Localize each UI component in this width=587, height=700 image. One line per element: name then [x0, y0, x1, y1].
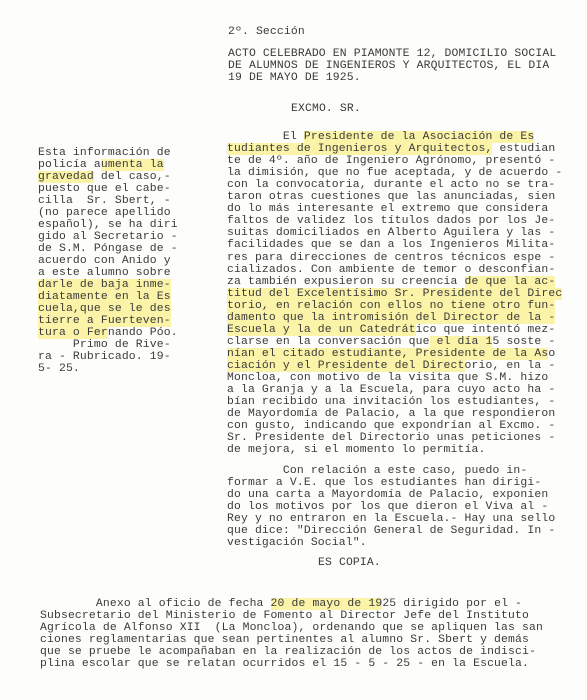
body-line: con gusto, indicando que expondrían al E… — [227, 420, 555, 432]
heading-line: 19 DE MAYO DE 1925. — [228, 72, 361, 84]
body-line: faltos de validez los títulos dados por … — [227, 215, 555, 227]
second-paragraph-line: que dice: "Dirección General de Segurida… — [227, 525, 555, 537]
body-line: te de 4º. año de Ingeniero Agrónomo, pre… — [227, 155, 555, 167]
body-line: res para direcciones de centros técnicos… — [227, 252, 555, 264]
second-paragraph-line: Rey y no entraron en la Escuela.- Hay un… — [227, 513, 555, 525]
margin-note-line: español), se ha diri — [38, 219, 178, 231]
margin-note-line: puesto que el cabe- — [38, 183, 171, 195]
margin-note-line: a este alumno sobre — [38, 267, 171, 279]
second-paragraph-line: do los motivos por los que dieron el Viv… — [227, 501, 548, 513]
margin-note-line: Esta información de — [38, 147, 171, 159]
body-line: ciación y el Presidente del Directorio, … — [227, 360, 555, 372]
body-line: taron otras cuestiones que las anunciada… — [227, 191, 555, 203]
margin-note-line: darle de baja inme- — [38, 279, 171, 291]
body-line: damento que la intromisión del Director … — [227, 312, 555, 324]
body-line: de mejora, si el momento lo permitía. — [227, 444, 485, 456]
second-paragraph-line: formar a V.E. que los estudiantes han di… — [227, 477, 541, 489]
body-line: titud del Excelentísimo Sr. Presidente d… — [227, 288, 562, 300]
annex-line: Anexo al oficio de fecha 20 de mayo de 1… — [40, 598, 522, 610]
second-paragraph-line: vestigación Social". — [227, 537, 367, 549]
margin-note-line: cilla Sr. Sbert, - — [38, 195, 171, 207]
body-line: nían el citado estudiante, Presidente de… — [227, 348, 555, 360]
body-line: a la Granja y a la Escuela, para cuyo ac… — [227, 384, 555, 396]
margin-note-line: Primo de Rive- — [38, 339, 171, 351]
body-line: Escuela y la de un Catedrático que inten… — [227, 324, 555, 336]
margin-note-line: 5- 25. — [38, 363, 80, 375]
body-line: Moncloa, con motivo de la visita que S.M… — [227, 372, 548, 384]
body-line: la dimisión, que no fue aceptada, y de a… — [227, 167, 562, 179]
scanned-document-page: 2º. Sección ACTO CELEBRADO EN PIAMONTE 1… — [0, 0, 587, 700]
margin-note-line: gravedad del caso,- — [38, 171, 171, 183]
margin-note-line: gido al Secretario - — [38, 231, 178, 243]
margin-note-line: tura o Fernando Póo. — [38, 327, 178, 339]
body-line: de Mayordomía de Palacio, a la que respo… — [227, 408, 555, 420]
margin-note-line: diatamente en la Es — [38, 291, 171, 303]
body-line: Sr. Presidente del Directorio unas petic… — [227, 432, 555, 444]
margin-note-line: ra - Rubricado. 19- — [38, 351, 171, 363]
margin-note-line: de S.M. Póngase de - — [38, 243, 178, 255]
margin-note-line: tierre a Fuerteven- — [38, 315, 171, 327]
annex-line: plina escolar que se relatan ocurridos e… — [40, 658, 529, 670]
annex-line: ciones reglamentarias que sean pertinent… — [40, 634, 529, 646]
margin-note-line: policía aumenta la — [38, 159, 164, 171]
annex-line: Subsecretario del Ministerio de Fomento … — [40, 610, 529, 622]
body-line: cializados. Con ambiente de temor o desc… — [227, 264, 555, 276]
annex-line: Agrícola de Alfonso XII (La Moncloa), or… — [40, 622, 543, 634]
annex-line: que se pruebe le acompañaban en la reali… — [40, 646, 536, 658]
margin-note-line: (no parece apellido — [38, 207, 171, 219]
heading-line: DE ALUMNOS DE INGENIEROS Y ARQUITECTOS, … — [228, 60, 549, 72]
body-line: tudiantes de Ingenieros y Arquitectos, e… — [227, 143, 555, 155]
second-paragraph-line: Con relación a este caso, puedo in- — [227, 465, 527, 477]
salutation: EXCMO. SR. — [291, 103, 361, 115]
body-line: za también expusieron su creencia de que… — [227, 276, 555, 288]
body-line: torio, en relación con ellos no tiene ot… — [227, 300, 555, 312]
body-line: con la convocatoria, durante el acto no … — [227, 179, 555, 191]
margin-note-line: cuela,que se le des — [38, 303, 171, 315]
body-line: suitas domiciliados en Alberto Aguilera … — [227, 227, 555, 239]
margin-note-line: acuerdo con Anido y — [38, 255, 171, 267]
second-paragraph-line: do una carta a Mayordomía de Palacio, ex… — [227, 489, 548, 501]
body-line: facilidades que se dan a los Ingenieros … — [227, 239, 555, 251]
body-line: do lo más interesante el extremo que con… — [227, 203, 548, 215]
body-line: bían recibido una invitación los estudia… — [227, 396, 555, 408]
closing-es-copia: ES COPIA. — [318, 557, 381, 569]
heading-line: ACTO CELEBRADO EN PIAMONTE 12, DOMICILIO… — [228, 48, 556, 60]
section-label: 2º. Sección — [228, 26, 305, 38]
body-line: El Presidente de la Asociación de Es — [227, 131, 534, 143]
body-line: clarse en la conversación que el día 15 … — [227, 336, 555, 348]
